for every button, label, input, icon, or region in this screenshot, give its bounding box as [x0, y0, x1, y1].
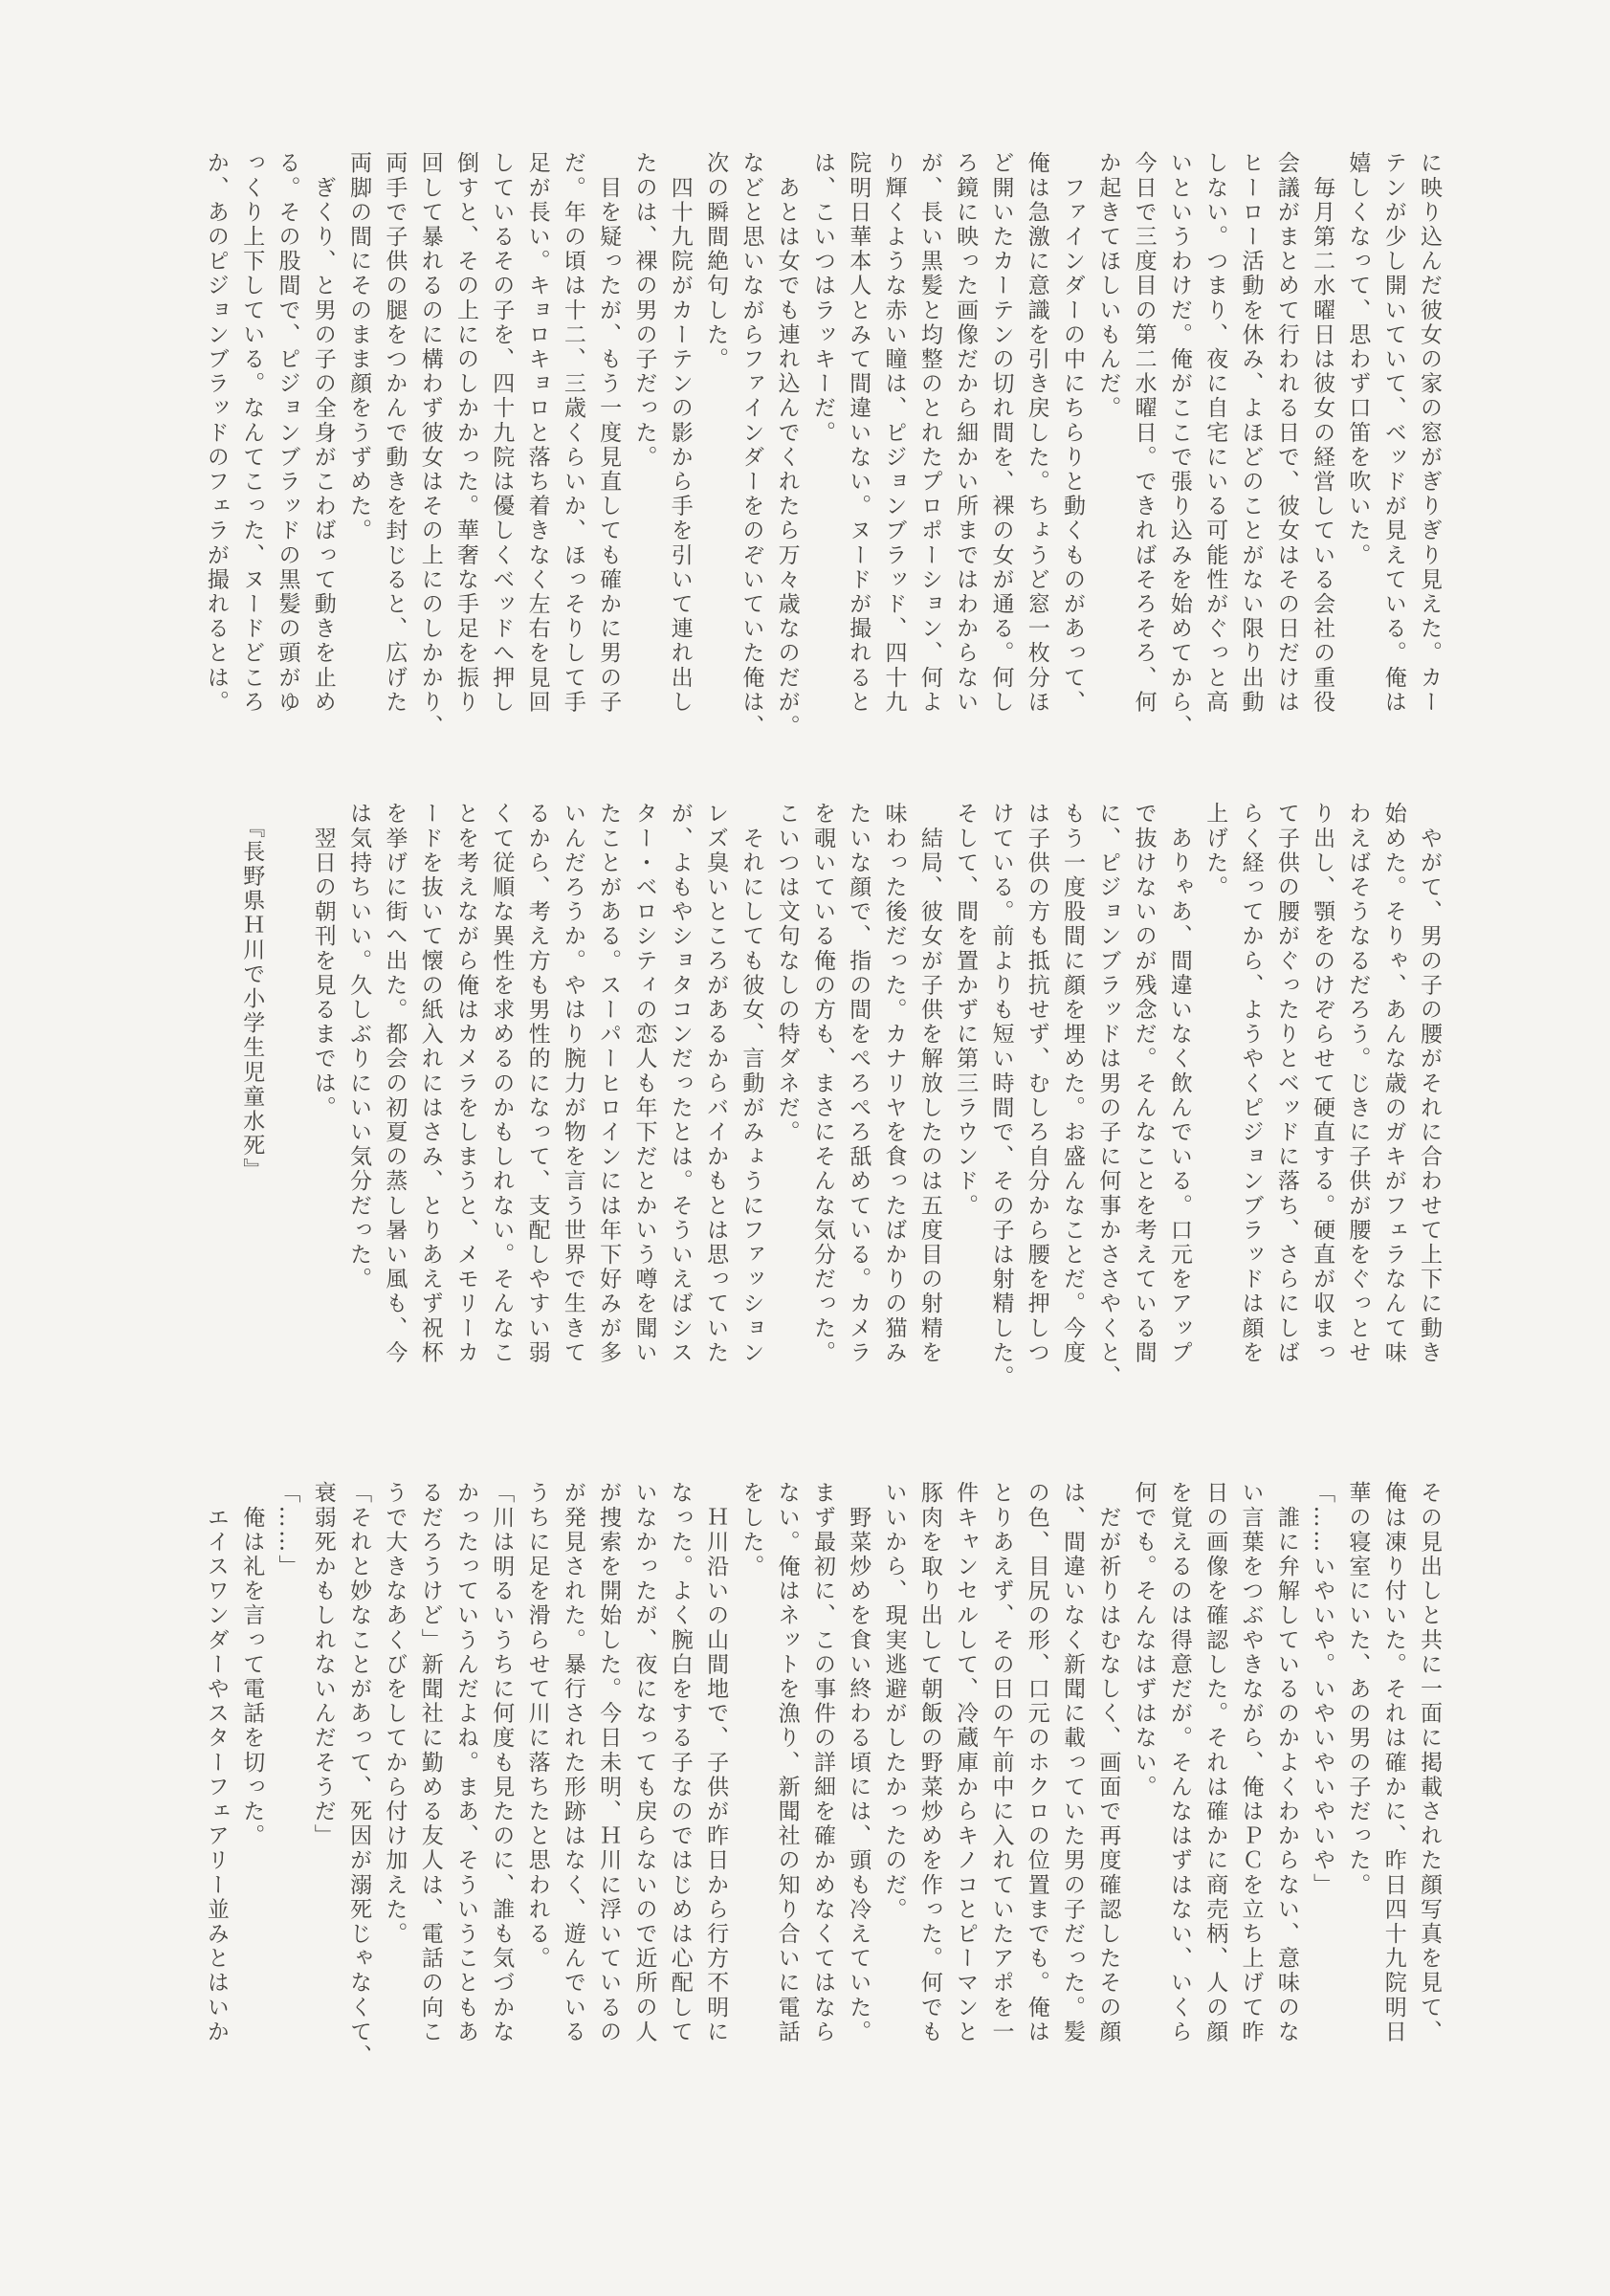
text-column: けている。前よりも短い時間で、その子は射精した。: [982, 802, 1018, 1372]
text-column: そして、間を置かずに第三ラウンド。: [947, 802, 982, 1372]
text-column: に、ピジョンブラッドは男の子に何事かささやくと、: [1090, 802, 1125, 1372]
text-column: 味わった後だった。カナリヤを食ったばかりの猫み: [875, 802, 911, 1372]
text-column: もう一度股間に顔を埋めた。お盛んなことだ。今度: [1054, 802, 1090, 1372]
text-column: は子供の方も抵抗せず、むしろ自分から腰を押しつ: [1018, 802, 1053, 1372]
text-column: が、よもやショタコンだったとは。そういえばシス: [661, 802, 696, 1372]
scanned-novel-page: に映り込んだ彼女の家の窓がぎりぎり見えた。カーテンが少し開いていて、ベッドが見え…: [0, 0, 1610, 2296]
text-column: は、間違いなく新聞に載っていた男の子だった。髪: [1054, 1481, 1090, 2051]
text-column: やがて、男の子の腰がそれに合わせて上下に動き: [1411, 802, 1446, 1372]
text-column: ター・ベロシティの恋人も年下だとかいう噂を聞い: [626, 802, 661, 1372]
text-column: 四十九院がカーテンの影から手を引いて連れ出し: [661, 151, 696, 721]
text-column: らく経ってから、ようやくピジョンブラッドは顔を: [1232, 802, 1268, 1372]
text-column: それにしても彼女、言動がみょうにファッション: [733, 802, 768, 1372]
text-column: ードを抜いて懐の紙入れにはさみ、とりあえず祝杯: [411, 802, 447, 1372]
text-column: [269, 802, 304, 1372]
text-column: 衰弱死かもしれないんだそうだ」: [305, 1481, 341, 2051]
text-column: る。その股間で、ピジョンブラッドの黒髪の頭がゆ: [269, 151, 304, 721]
text-column: くて従順な異性を求めるのかもしれない。そんなこ: [483, 802, 518, 1372]
text-column: を覗いている俺の方も、まさにそんな気分だった。: [805, 802, 840, 1372]
text-block-3: その見出しと共に一面に掲載された顔写真を見て、俺は凍り付いた。それは確かに、昨日…: [198, 1481, 1446, 2051]
text-column: を覚えるのは得意だが。そんなはずはない、いくら: [1161, 1481, 1197, 2051]
text-column: に映り込んだ彼女の家の窓がぎりぎり見えた。カー: [1411, 151, 1446, 721]
text-block-1: に映り込んだ彼女の家の窓がぎりぎり見えた。カーテンが少し開いていて、ベッドが見え…: [198, 151, 1446, 721]
text-column: り出し、顎をのけぞらせて硬直する。硬直が収まっ: [1304, 802, 1339, 1372]
text-column: その見出しと共に一面に掲載された顔写真を見て、: [1411, 1481, 1446, 2051]
text-column: とりあえず、その日の午前中に入れていたアポを一: [982, 1481, 1018, 2051]
text-column: 野菜炒めを食い終わる頃には、頭も冷えていた。: [840, 1481, 875, 2051]
text-column: 毎月第二水曜日は彼女の経営している会社の重役: [1304, 151, 1339, 721]
text-column: うちに足を滑らせて川に落ちたと思われる。: [518, 1481, 554, 2051]
text-column: り輝くような赤い瞳は、ピジョンブラッド、四十九: [875, 151, 911, 721]
text-column: ヒーロー活動を休み、よほどのことがない限り出動: [1232, 151, 1268, 721]
text-column: しているその子を、四十九院は優しくベッドへ押し: [483, 151, 518, 721]
text-column: 「それと妙なことがあって、死因が溺死じゃなくて、: [341, 1481, 376, 2051]
text-column: エイスワンダーやスターフェアリー並みとはいか: [198, 1481, 233, 2051]
text-column: いというわけだ。俺がここで張り込みを始めてから、: [1161, 151, 1197, 721]
text-column: が捜索を開始した。今日未明、Ｈ川に浮いているの: [590, 1481, 626, 2051]
text-column: 「川は明るいうちに何度も見たのに、誰も気づかな: [483, 1481, 518, 2051]
text-column: こいつは文句なしの特ダネだ。: [768, 802, 804, 1372]
text-column: るだろうけど」新聞社に勤める友人は、電話の向こ: [411, 1481, 447, 2051]
text-column: ろ鏡に映った画像だから細かい所まではわからない: [947, 151, 982, 721]
text-column: 何でも。そんなはずはない。: [1125, 1481, 1160, 2051]
text-column: 両脚の間にそのまま顔をうずめた。: [341, 151, 376, 721]
text-column: 上げた。: [1197, 802, 1232, 1372]
text-column: たことがある。スーパーヒロインには年下好みが多: [590, 802, 626, 1372]
text-column: を挙げに街へ出た。都会の初夏の蒸し暑い風も、今: [376, 802, 411, 1372]
text-column: うで大きなあくびをしてから付け加えた。: [376, 1481, 411, 2051]
text-column: の色、目尻の形、口元のホクロの位置までも。俺は: [1018, 1481, 1053, 2051]
text-column: いいから、現実逃避がしたかったのだ。: [875, 1481, 911, 2051]
text-column: ありゃあ、間違いなく飲んでいる。口元をアップ: [1161, 802, 1197, 1372]
text-column: Ｈ川沿いの山間地で、子供が昨日から行方不明に: [697, 1481, 733, 2051]
text-column: だが祈りはむなしく、画面で再度確認したその顔: [1090, 1481, 1125, 2051]
text-column: て子供の腰がぐったりとベッドに落ち、さらにしば: [1268, 802, 1304, 1372]
text-column: 翌日の朝刊を見るまでは。: [305, 802, 341, 1372]
text-column: 『長野県Ｈ川で小学生児童水死』: [233, 802, 269, 1372]
text-column: は、こいつはラッキーだ。: [805, 151, 840, 721]
text-column: 俺は凍り付いた。それは確かに、昨日四十九院明日: [1375, 1481, 1410, 2051]
text-column: 回して暴れるのに構わず彼女はその上にのしかかり、: [411, 151, 447, 721]
text-column: 日の画像を確認した。それは確かに商売柄、人の顔: [1197, 1481, 1232, 2051]
text-column: 目を疑ったが、もう一度見直しても確かに男の子: [590, 151, 626, 721]
text-column: か起きてほしいもんだ。: [1090, 151, 1125, 721]
text-column: 誰に弁解しているのかよくわからない、意味のな: [1268, 1481, 1304, 2051]
text-column: 倒すと、その上にのしかかった。華奢な手足を振り: [448, 151, 483, 721]
text-column: まず最初に、この事件の詳細を確かめなくてはなら: [805, 1481, 840, 2051]
text-column: 件キャンセルして、冷蔵庫からキノコとピーマンと: [947, 1481, 982, 2051]
text-block-2: やがて、男の子の腰がそれに合わせて上下に動き始めた。そりゃ、あんな歳のガキがフェ…: [233, 802, 1446, 1372]
text-column: をした。: [733, 1481, 768, 2051]
text-column: たのは、裸の男の子だった。: [626, 151, 661, 721]
text-column: 華の寝室にいた、あの男の子だった。: [1339, 1481, 1375, 2051]
text-column: レズ臭いところがあるからバイかもとは思っていた: [697, 802, 733, 1372]
text-column: いなかったが、夜になっても戻らないので近所の人: [626, 1481, 661, 2051]
text-column: 両手で子供の腿をつかんで動きを封じると、広げた: [376, 151, 411, 721]
text-column: い言葉をつぶやきながら、俺はＰＣを立ち上げて昨: [1232, 1481, 1268, 2051]
text-column: 「……」: [269, 1481, 304, 2051]
text-column: ない。俺はネットを漁り、新聞社の知り合いに電話: [768, 1481, 804, 2051]
text-column: 俺は礼を言って電話を切った。: [233, 1481, 269, 2051]
text-column: 俺は急激に意識を引き戻した。ちょうど窓一枚分ほ: [1018, 151, 1053, 721]
text-column: なった。よく腕白をする子なのではじめは心配して: [661, 1481, 696, 2051]
text-column: とを考えながら俺はカメラをしまうと、メモリーカ: [448, 802, 483, 1372]
text-column: が、長い黒髪と均整のとれたプロポーション、何よ: [912, 151, 947, 721]
text-column: 始めた。そりゃ、あんな歳のガキがフェラなんて味: [1375, 802, 1410, 1372]
text-column: 会議がまとめて行われる日で、彼女はその日だけは: [1268, 151, 1304, 721]
text-column: は気持ちいい。久しぶりにいい気分だった。: [341, 802, 376, 1372]
text-column: あとは女でも連れ込んでくれたら万々歳なのだが。: [768, 151, 804, 721]
text-column: 次の瞬間絶句した。: [697, 151, 733, 721]
text-column: るから、考え方も男性的になって、支配しやすい弱: [518, 802, 554, 1372]
text-column: かったっていうんだよね。まあ、そういうこともあ: [448, 1481, 483, 2051]
text-column: などと思いながらファインダーをのぞいていた俺は、: [733, 151, 768, 721]
text-column: 「……いやいや。いやいやいやいや」: [1304, 1481, 1339, 2051]
text-column: しない。つまり、夜に自宅にいる可能性がぐっと高: [1197, 151, 1232, 721]
text-column: いんだろうか。やはり腕力が物を言う世界で生きて: [555, 802, 590, 1372]
text-column: 豚肉を取り出して朝飯の野菜炒めを作った。何でも: [912, 1481, 947, 2051]
text-column: 今日で三度目の第二水曜日。できればそろそろ、何: [1125, 151, 1160, 721]
text-column: っくり上下している。なんてこった、ヌードどころ: [233, 151, 269, 721]
text-column: 足が長い。キョロキョロと落ち着きなく左右を見回: [518, 151, 554, 721]
text-column: ファインダーの中にちらりと動くものがあって、: [1054, 151, 1090, 721]
text-column: たいな顔で、指の間をぺろぺろ舐めている。カメラ: [840, 802, 875, 1372]
text-column: 結局、彼女が子供を解放したのは五度目の射精を: [912, 802, 947, 1372]
text-column: 院明日華本人とみて間違いない。ヌードが撮れると: [840, 151, 875, 721]
text-column: ど開いたカーテンの切れ間を、裸の女が通る。何し: [982, 151, 1018, 721]
text-column: が発見された。暴行された形跡はなく、遊んでいる: [555, 1481, 590, 2051]
text-column: 嬉しくなって、思わず口笛を吹いた。: [1339, 151, 1375, 721]
text-column: わえばそうなるだろう。じきに子供が腰をぐっとせ: [1339, 802, 1375, 1372]
text-column: ぎくり、と男の子の全身がこわばって動きを止め: [305, 151, 341, 721]
text-column: で抜けないのが残念だ。そんなことを考えている間: [1125, 802, 1160, 1372]
text-column: だ。年の頃は十二、三歳くらいか、ほっそりして手: [555, 151, 590, 721]
text-column: か、あのピジョンブラッドのフェラが撮れるとは。: [198, 151, 233, 721]
text-column: テンが少し開いていて、ベッドが見えている。俺は: [1375, 151, 1410, 721]
